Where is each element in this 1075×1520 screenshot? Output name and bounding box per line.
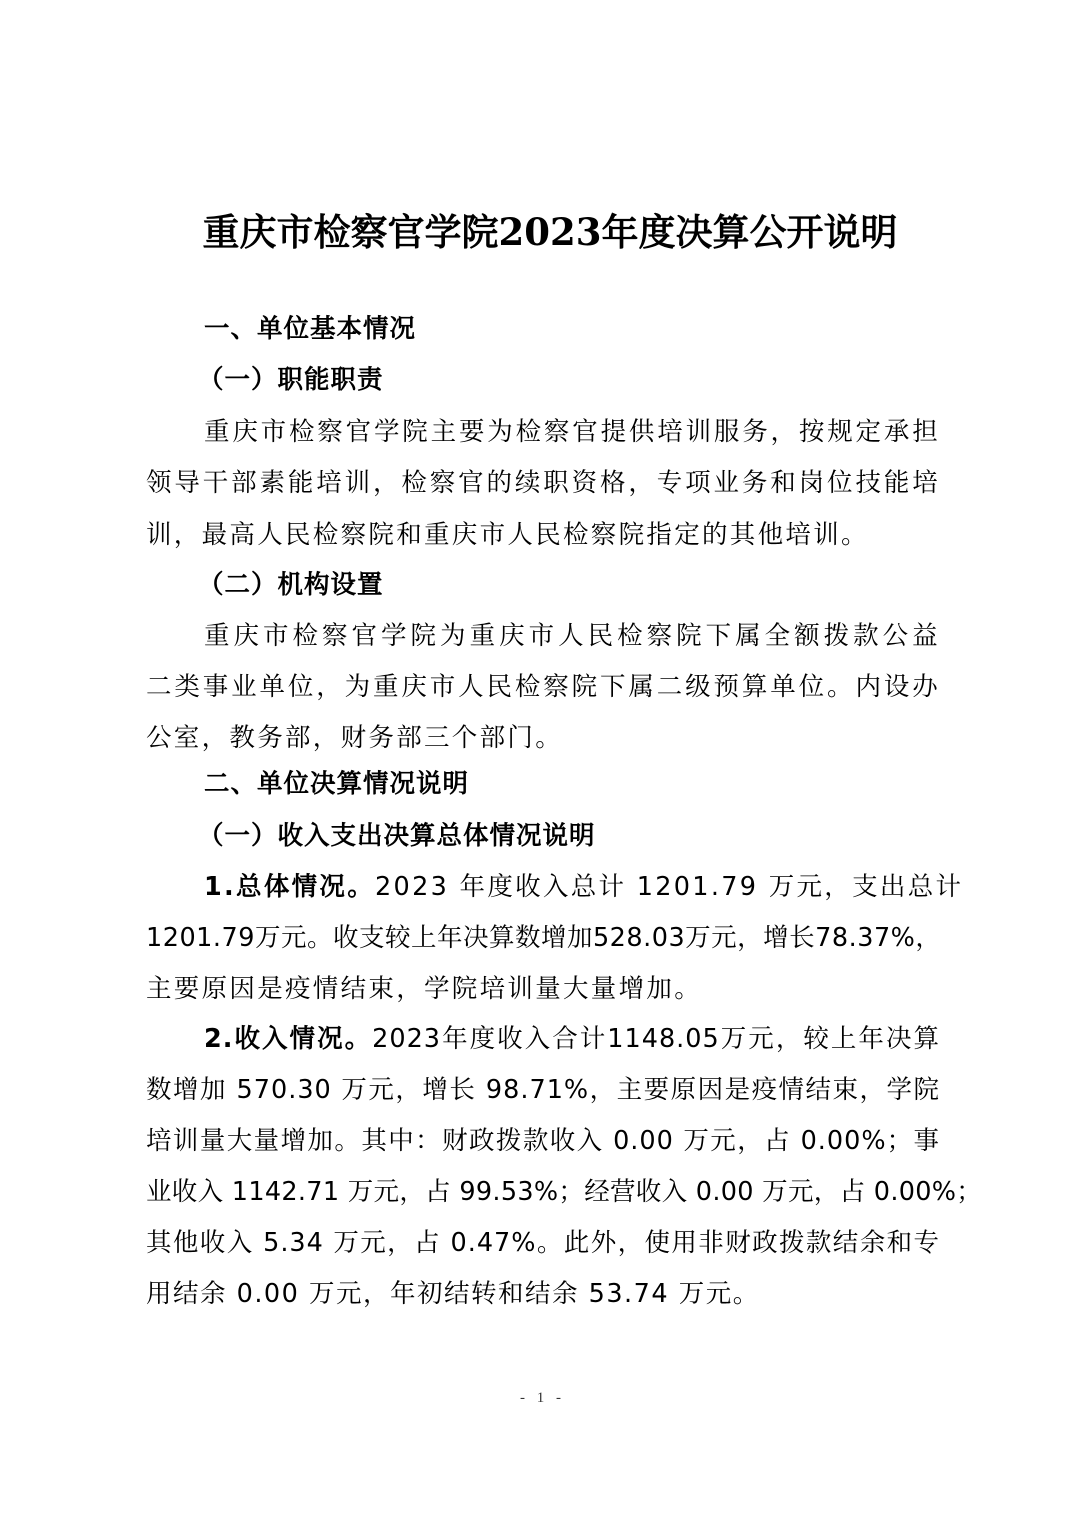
paragraph-line: 公室，教务部，财务部三个部门。 xyxy=(146,718,946,758)
paragraph-line: 重庆市检察官学院主要为检察官提供培训服务，按规定承担 xyxy=(204,412,940,452)
paragraph-text: 2023 年度收入总计 1201.79 万元，支出总计 xyxy=(375,872,963,902)
paragraph-line: 其他收入 5.34 万元，占 0.47%。此外，使用非财政拨款结余和专 xyxy=(146,1223,940,1263)
paragraph-line: 二类事业单位，为重庆市人民检察院下属二级预算单位。内设办 xyxy=(146,667,940,707)
paragraph-line: 业收入 1142.71 万元，占 99.53%；经营收入 0.00 万元，占 0… xyxy=(146,1172,940,1212)
paragraph-line: 领导干部素能培训，检察官的续职资格，专项业务和岗位技能培 xyxy=(146,463,940,503)
page-number: - 1 - xyxy=(0,1390,1075,1407)
paragraph-line: 1201.79万元。收支较上年决算数增加528.03万元，增长78.37%， xyxy=(146,918,940,958)
paragraph-line: 数增加 570.30 万元，增长 98.71%，主要原因是疫情结束，学院 xyxy=(146,1070,940,1110)
paragraph-line: 重庆市检察官学院为重庆市人民检察院下属全额拨款公益 xyxy=(204,616,940,656)
paragraph-label: 1.总体情况。 xyxy=(204,872,375,902)
subsection-heading-functions: （一）职能职责 xyxy=(198,360,998,400)
paragraph-text: 2023年度收入合计1148.05万元，较上年决算 xyxy=(372,1024,940,1054)
paragraph-line: 主要原因是疫情结束，学院培训量大量增加。 xyxy=(146,969,946,1009)
paragraph-overall-first-line: 1.总体情况。2023 年度收入总计 1201.79 万元，支出总计 xyxy=(204,867,940,907)
paragraph-line: 用结余 0.00 万元，年初结转和结余 53.74 万元。 xyxy=(146,1274,946,1314)
document-page: 重庆市检察官学院2023年度决算公开说明 一、单位基本情况 （一）职能职责 重庆… xyxy=(0,0,1075,1520)
section-heading-final-accounts: 二、单位决算情况说明 xyxy=(204,764,1004,804)
paragraph-line: 训，最高人民检察院和重庆市人民检察院指定的其他培训。 xyxy=(146,515,946,555)
paragraph-line: 培训量大量增加。其中：财政拨款收入 0.00 万元，占 0.00%；事 xyxy=(146,1121,940,1161)
subsection-heading-overall: （一）收入支出决算总体情况说明 xyxy=(198,816,998,856)
paragraph-label: 2.收入情况。 xyxy=(204,1024,372,1054)
document-title: 重庆市检察官学院2023年度决算公开说明 xyxy=(0,204,1075,260)
section-heading-basic-info: 一、单位基本情况 xyxy=(204,309,1004,349)
paragraph-income-first-line: 2.收入情况。2023年度收入合计1148.05万元，较上年决算 xyxy=(204,1019,940,1059)
subsection-heading-organization: （二）机构设置 xyxy=(198,565,998,605)
